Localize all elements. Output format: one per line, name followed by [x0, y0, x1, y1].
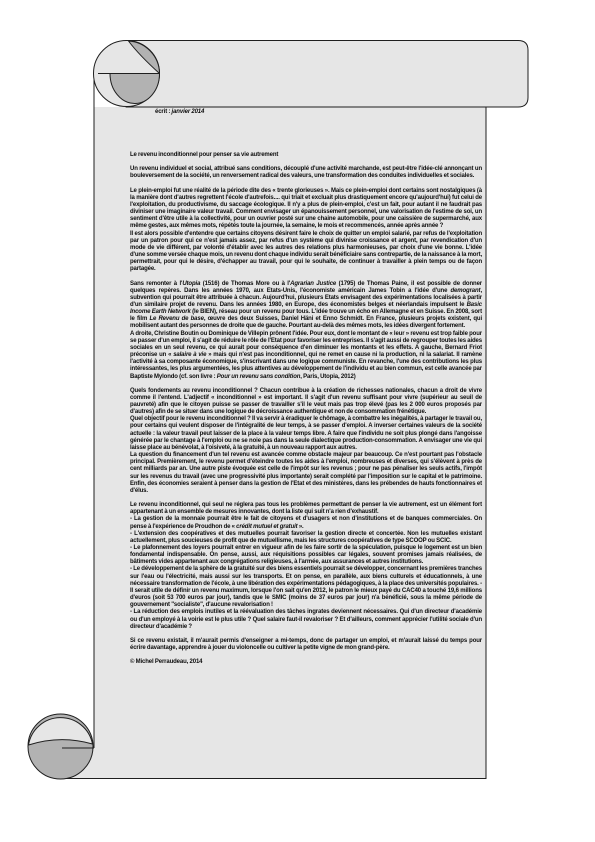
written-date-line: écrit : janvier 2014 — [155, 109, 482, 116]
page-title: Le revenu inconditionnel pour penser sa … — [130, 152, 482, 159]
paragraph: Un revenu individuel et social, attribué… — [130, 166, 482, 180]
copyright-line: © Michel Perraudeau, 2014 — [130, 659, 482, 666]
paragraph: Le plein-emploi fut une réalité de la pé… — [130, 188, 482, 231]
paragraph: - Le plafonnement des loyers pourrait en… — [130, 545, 482, 566]
paragraph: - La réduction des emplois inutiles et l… — [130, 609, 482, 630]
paragraph: - Le développement de la sphère de la gr… — [130, 566, 482, 609]
paragraph: Quel objectif pour le revenu incondition… — [130, 416, 482, 452]
paragraph: Il est alors possible d'entendre que cer… — [130, 231, 482, 274]
written-date: janvier 2014 — [172, 109, 205, 115]
page: { "scroll": { "paper_color": "#e6e6e6", … — [0, 0, 595, 842]
paragraph: A droite, Christine Boutin ou Dominique … — [130, 331, 482, 381]
paragraph: Sans remonter à l'Utopia (1516) de Thoma… — [130, 281, 482, 331]
paragraph: Si ce revenu existait, il m'aurait permi… — [130, 638, 482, 652]
written-label: écrit : — [155, 109, 172, 115]
paragraph: Le revenu inconditionnel, qui seul ne ré… — [130, 502, 482, 516]
paragraph: - La gestion de la monnaie pourrait être… — [130, 516, 482, 530]
paragraph: La question du financement d'un tel reve… — [130, 452, 482, 495]
paragraphs: Un revenu individuel et social, attribué… — [130, 166, 482, 652]
scroll-top-roll — [126, 41, 528, 108]
document-body: écrit : janvier 2014 Le revenu inconditi… — [130, 109, 482, 666]
paragraph: - L'extension des coopératives et des mu… — [130, 531, 482, 545]
paragraph: Quels fondements au revenu inconditionne… — [130, 388, 482, 417]
